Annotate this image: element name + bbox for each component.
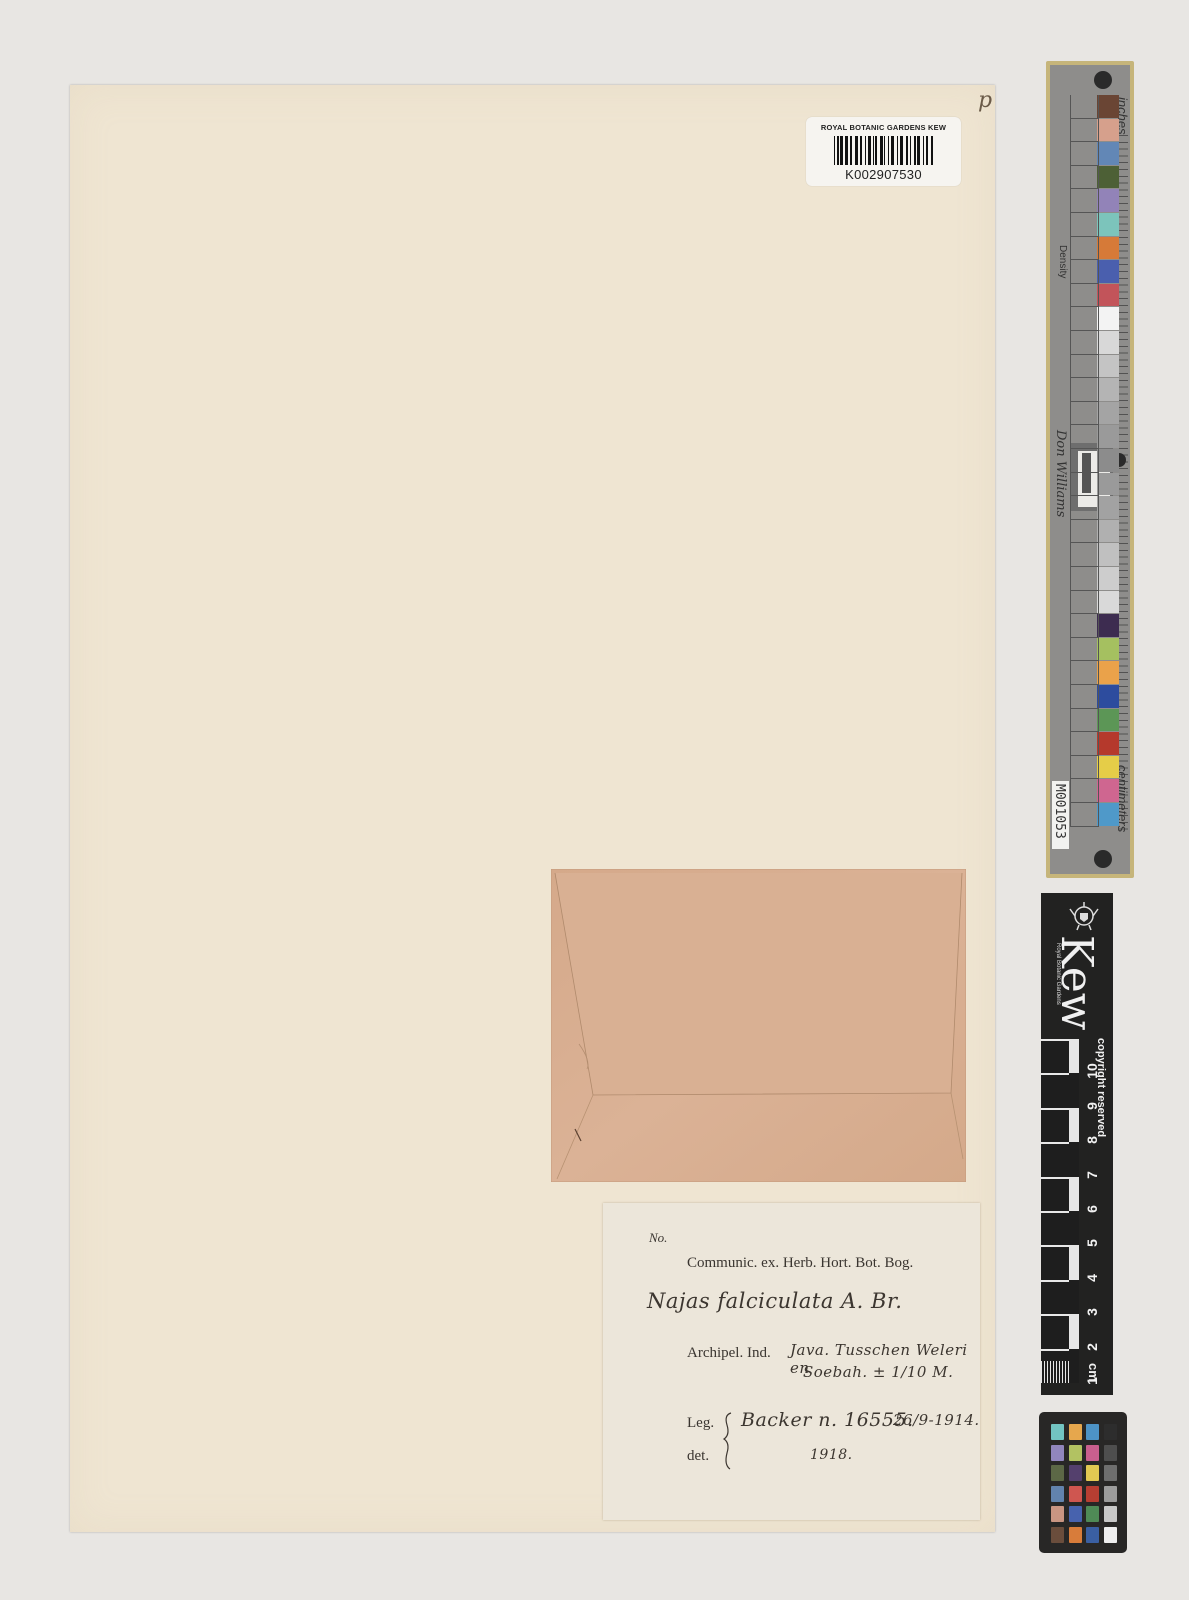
scale-cell: [1041, 1211, 1069, 1245]
ruler-color-swatch: [1097, 260, 1119, 283]
ruler-color-swatch: [1097, 614, 1119, 637]
density-label: Density: [1057, 245, 1068, 278]
color-patch: [1104, 1506, 1117, 1522]
color-patch: [1051, 1527, 1064, 1543]
color-patch: [1069, 1465, 1082, 1481]
ruler-hole-icon: [1094, 850, 1112, 868]
fragment-envelope: [551, 869, 966, 1182]
color-patch: [1069, 1527, 1082, 1543]
kew-subtitle: Royal Botanic Gardens: [1055, 943, 1061, 1005]
ruler-color-swatch: [1097, 685, 1119, 708]
ruler-color-swatch: [1097, 119, 1119, 142]
label-no: No.: [649, 1230, 667, 1246]
barcode-label: ROYAL BOTANIC GARDENS KEW K002907530: [806, 117, 961, 186]
scale-tick-label: 2: [1084, 1338, 1100, 1356]
ruler-color-swatch: [1097, 378, 1119, 401]
specimen-label: No. Communic. ex. Herb. Hort. Bot. Bog. …: [603, 1203, 980, 1520]
color-patch: [1104, 1527, 1117, 1543]
ruler-color-swatch: [1097, 543, 1119, 566]
color-patch: [1086, 1445, 1099, 1461]
scale-tick-label: 7: [1084, 1166, 1100, 1184]
scale-tick-label: 6: [1084, 1200, 1100, 1218]
ruler-color-swatch: [1097, 520, 1119, 543]
ruler-color-swatch: [1097, 709, 1119, 732]
color-patch: [1069, 1486, 1082, 1502]
ruler-color-swatch: [1097, 166, 1119, 189]
scale-tick-label: 3: [1084, 1303, 1100, 1321]
color-patch: [1051, 1465, 1064, 1481]
unit-label: cm: [1086, 1363, 1101, 1382]
determination-year: 1918.: [810, 1447, 853, 1463]
ruler-color-swatch: [1097, 142, 1119, 165]
ruler-color-swatch: [1097, 355, 1119, 378]
ruler-color-swatch: [1097, 189, 1119, 212]
kew-scale-bar: Kew Royal Botanic Gardens 12345678910 co…: [1041, 893, 1113, 1395]
ruler-color-swatch: [1097, 213, 1119, 236]
ruler-color-swatch: [1097, 402, 1119, 425]
color-checker-card: [1039, 1412, 1127, 1553]
color-patch: [1086, 1506, 1099, 1522]
ruler-color-swatch: [1097, 237, 1119, 260]
scale-cell: [1041, 1245, 1069, 1279]
ruler-color-swatch: [1097, 284, 1119, 307]
locality-prefix: Archipel. Ind.: [687, 1345, 771, 1362]
color-patch: [1086, 1486, 1099, 1502]
color-patch: [1069, 1506, 1082, 1522]
brace-icon: [721, 1411, 735, 1471]
collector: Backer n. 16555.: [741, 1409, 914, 1431]
scale-cell: [1041, 1108, 1069, 1142]
scale-tick-label: 4: [1084, 1269, 1100, 1287]
barcode-bars: [834, 136, 934, 165]
barcode-number: K002907530: [806, 167, 961, 182]
label-header: Communic. ex. Herb. Hort. Bot. Bog.: [687, 1255, 913, 1272]
scale-cell: [1041, 1177, 1069, 1211]
color-patch: [1104, 1486, 1117, 1502]
scale-cell: [1041, 1039, 1069, 1073]
color-patch: [1104, 1465, 1117, 1481]
ruler-color-swatch: [1097, 307, 1119, 330]
color-patch: [1104, 1424, 1117, 1440]
ruler-color-swatch: [1097, 779, 1119, 802]
scale-cell: [1041, 1142, 1069, 1176]
ruler-id: M001053: [1052, 781, 1069, 849]
ruler-color-swatch: [1097, 449, 1119, 472]
color-patch: [1051, 1424, 1064, 1440]
ruler-color-swatch: [1097, 661, 1119, 684]
ruler-color-swatch: [1097, 331, 1119, 354]
ruler-color-swatch: [1097, 591, 1119, 614]
scale-tick-label: 5: [1084, 1234, 1100, 1252]
leg-label: Leg.: [687, 1415, 714, 1432]
corner-mark: p: [978, 88, 992, 113]
ruler-color-swatch: [1097, 567, 1119, 590]
color-patch: [1086, 1465, 1099, 1481]
color-patch: [1069, 1445, 1082, 1461]
color-patch: [1104, 1445, 1117, 1461]
ruler-color-swatch: [1097, 425, 1119, 448]
ruler-color-swatch: [1097, 756, 1119, 779]
kew-crest-icon: [1067, 901, 1101, 931]
color-patch: [1051, 1506, 1064, 1522]
taxon-name: Najas falciculata A. Br.: [647, 1289, 902, 1313]
ruler-ticks: [1119, 135, 1128, 835]
ruler-hole-icon: [1094, 71, 1112, 89]
collection-date: 26/9-1914.: [893, 1411, 980, 1429]
ruler-color-swatch: [1097, 473, 1119, 496]
color-ruler: inches centimeters Density Don Williams …: [1046, 61, 1134, 878]
color-patch: [1051, 1445, 1064, 1461]
ruler-color-swatch: [1097, 732, 1119, 755]
ruler-color-swatch: [1097, 95, 1119, 118]
locality-line-2: Soebah. ± 1/10 M.: [803, 1363, 953, 1381]
copyright-text: copyright reserved: [1095, 1038, 1107, 1137]
scale-cell: [1041, 1280, 1069, 1314]
color-patch: [1051, 1486, 1064, 1502]
ruler-color-swatch: [1097, 803, 1119, 826]
scale-cell: [1041, 1314, 1069, 1348]
ruler-color-swatch: [1097, 496, 1119, 519]
ruler-brand: Don Williams: [1053, 430, 1068, 517]
institution-name: ROYAL BOTANIC GARDENS KEW: [806, 123, 961, 132]
color-patch: [1086, 1424, 1099, 1440]
scale-cell: [1041, 1073, 1069, 1107]
det-label: det.: [687, 1448, 709, 1465]
color-patch: [1069, 1424, 1082, 1440]
ruler-color-swatch: [1097, 638, 1119, 661]
color-patch: [1086, 1527, 1099, 1543]
scale-fine-ticks: [1041, 1361, 1069, 1383]
